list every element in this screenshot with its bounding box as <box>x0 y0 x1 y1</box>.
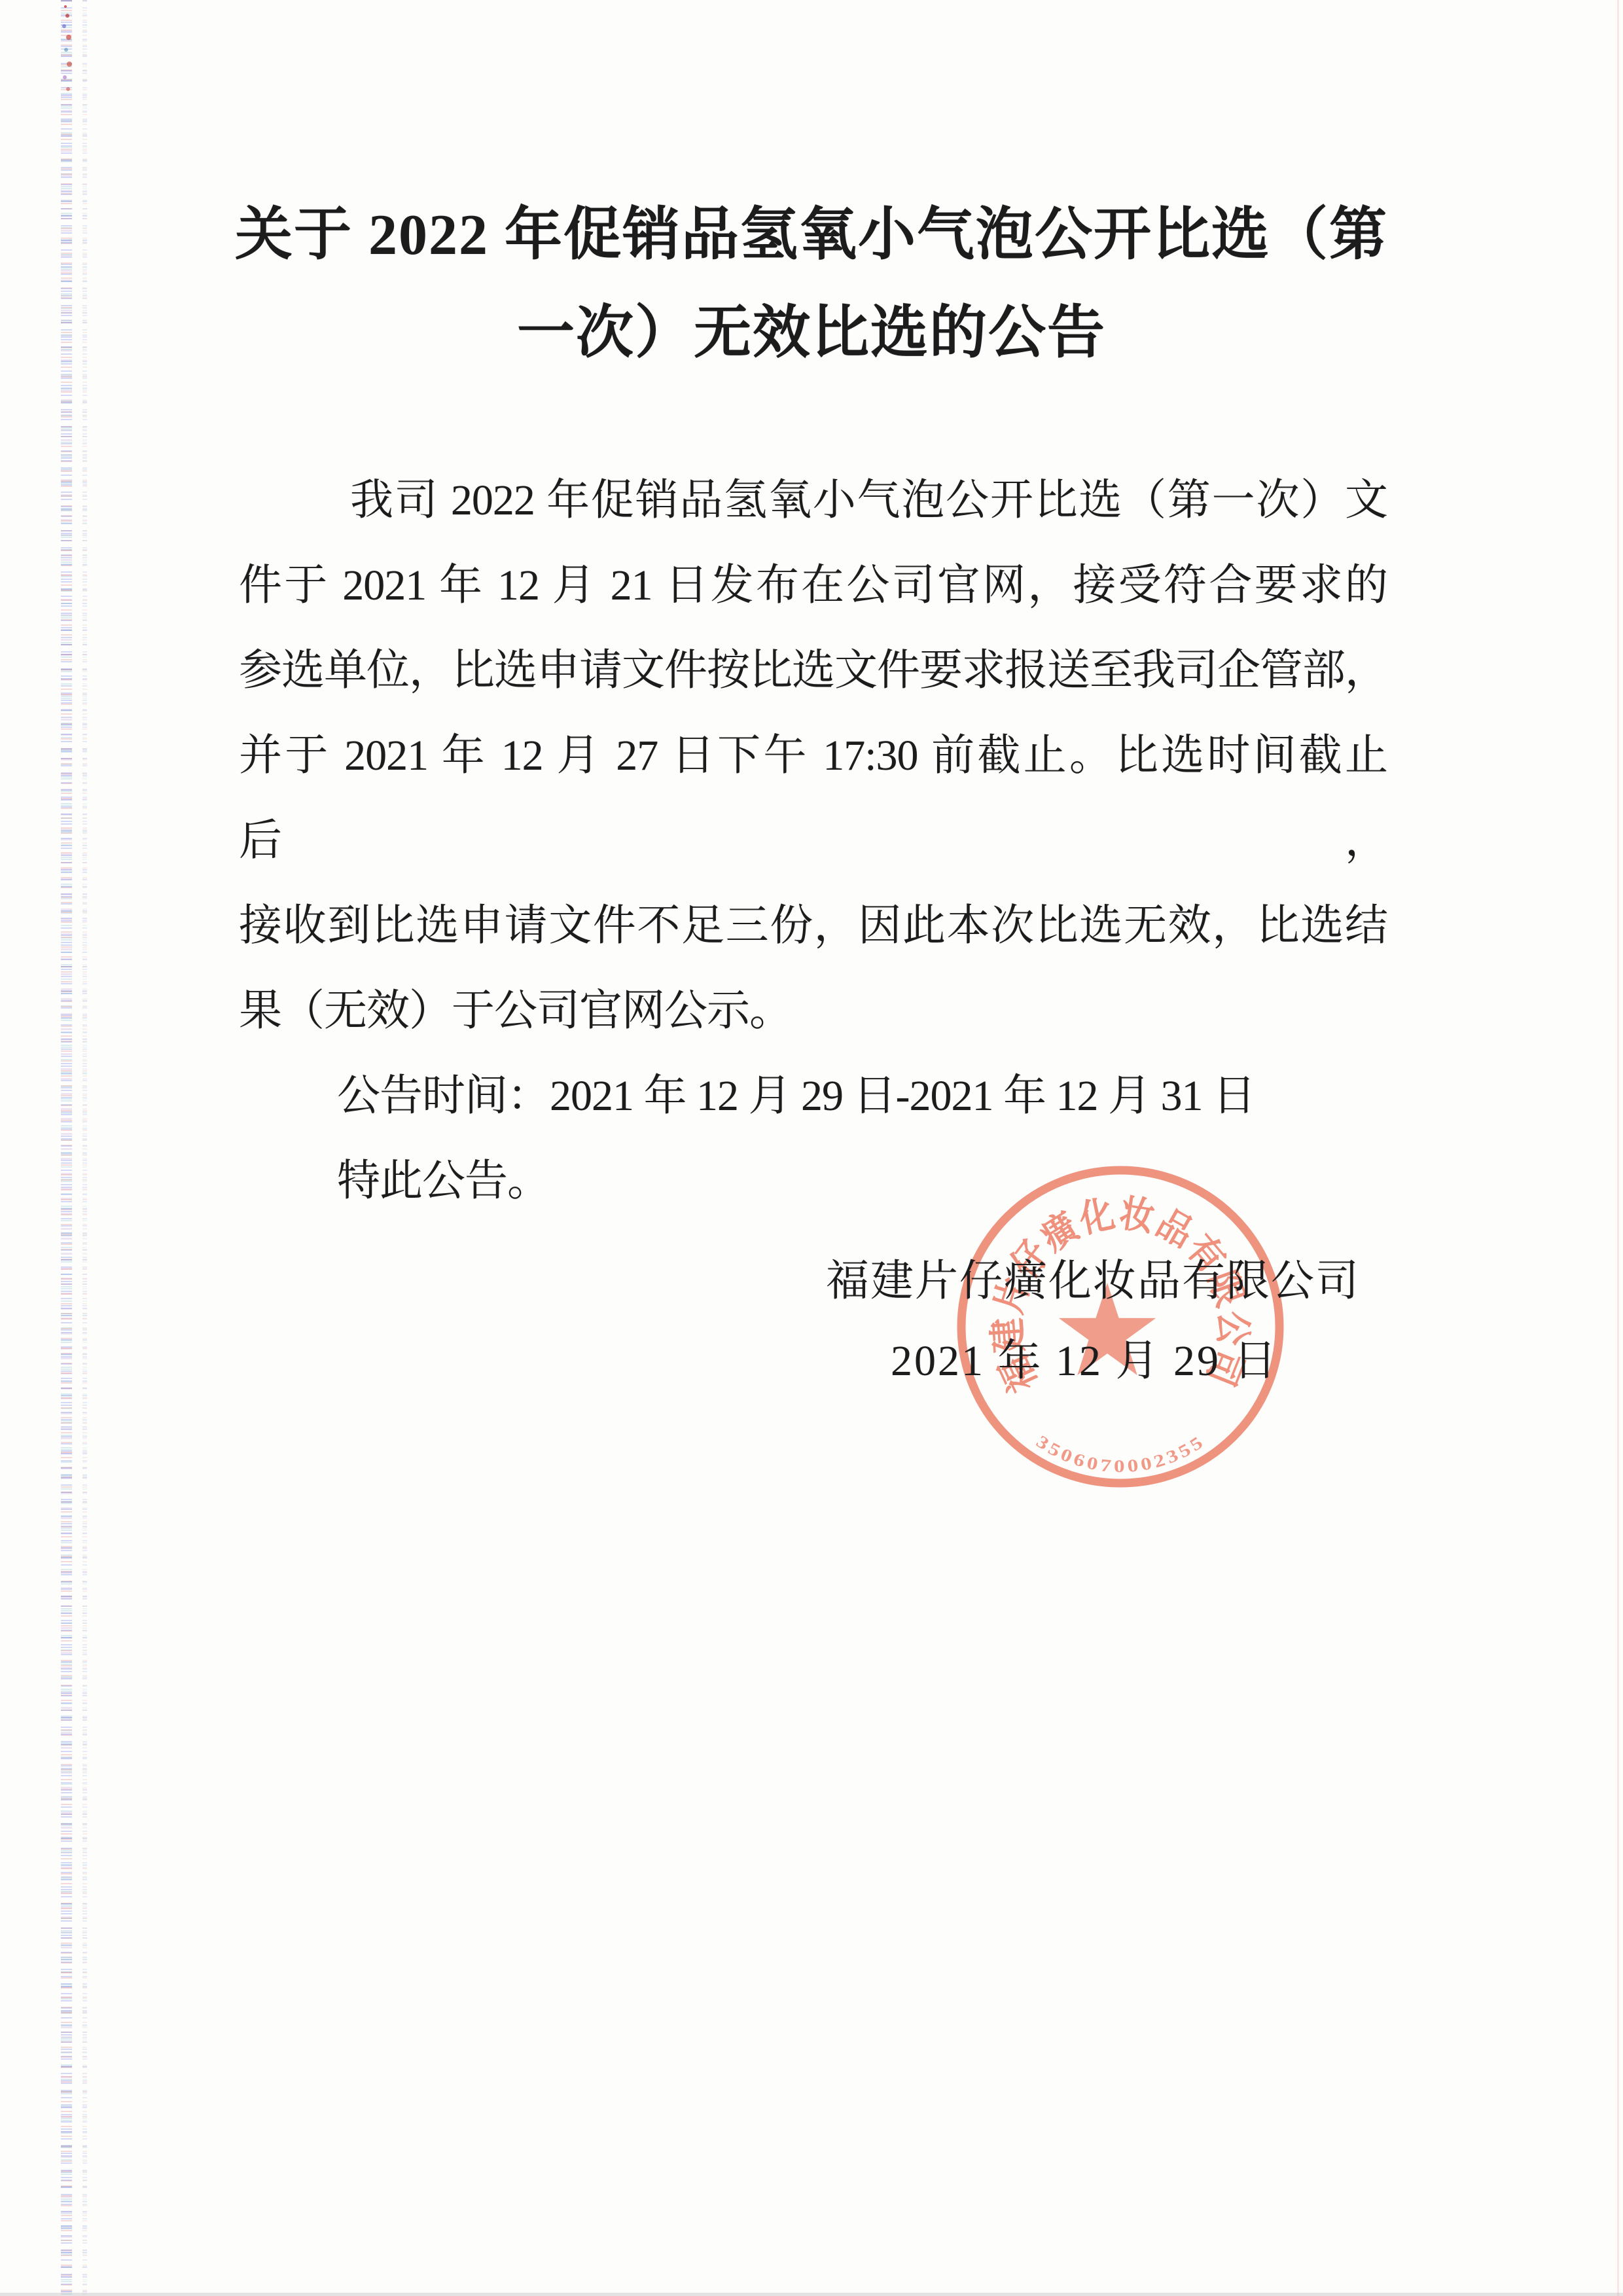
body-line: 并于 2021 年 12 月 27 日下午 17:30 前截止。比选时间截止后， <box>239 713 1387 884</box>
signature-date: 2021 年 12 月 29 日 <box>891 1319 1279 1404</box>
scanned-announcement-page: { "page": { "background_color": "#fdfdfc… <box>0 0 1623 2296</box>
notice-period-line: 公告时间：2021 年 12 月 29 日-2021 年 12 月 31 日 <box>239 1054 1387 1139</box>
scanner-corner-specks <box>64 5 67 8</box>
scanner-speckle-band-faint <box>82 0 87 2296</box>
scanner-bottom-edge <box>0 2293 1623 2296</box>
document-page: 关于 2022 年促销品氢氧小气泡公开比选（第 一次）无效比选的公告 我司 20… <box>0 0 1623 2296</box>
document-title: 关于 2022 年促销品氢氧小气泡公开比选（第 一次）无效比选的公告 <box>157 187 1466 383</box>
document-body: 我司 2022 年促销品氢氧小气泡公开比选（第一次）文 件于 2021 年 12… <box>239 458 1387 1224</box>
title-line-2: 一次）无效比选的公告 <box>157 285 1466 383</box>
body-line: 果（无效）于公司官网公示。 <box>239 969 1387 1054</box>
body-line: 参选单位，比选申请文件按比选文件要求报送至我司企管部， <box>239 628 1387 713</box>
scanner-right-edge <box>1617 0 1619 2296</box>
body-line: 件于 2021 年 12 月 21 日发布在公司官网，接受符合要求的 <box>239 543 1387 628</box>
scanner-speckle-band <box>61 0 72 2296</box>
body-line: 接收到比选申请文件不足三份，因此本次比选无效，比选结 <box>239 884 1387 969</box>
body-line: 我司 2022 年促销品氢氧小气泡公开比选（第一次）文 <box>239 458 1387 543</box>
signature-company: 福建片仔癀化妆品有限公司 <box>826 1239 1360 1324</box>
title-line-1: 关于 2022 年促销品氢氧小气泡公开比选（第 <box>157 187 1466 285</box>
